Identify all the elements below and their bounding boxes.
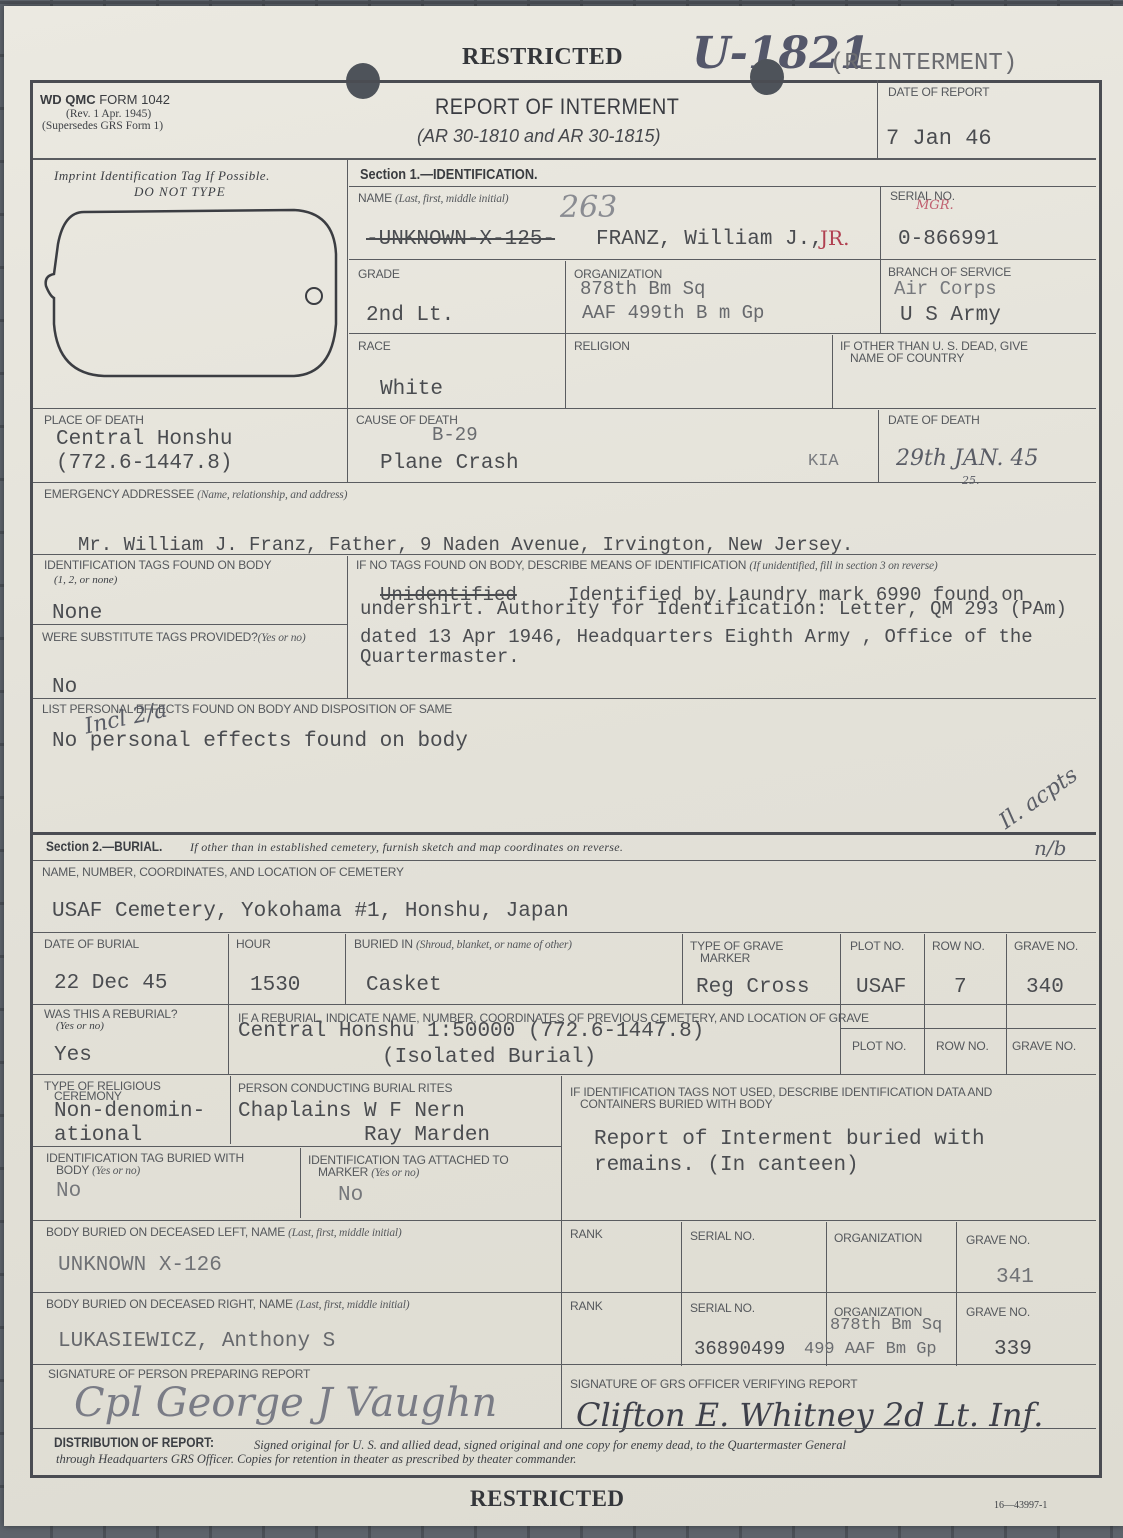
divider: [33, 554, 1096, 555]
section2-heading: Section 2.—BURIAL.: [46, 838, 162, 854]
distribution-text-1: Signed original for U. S. and allied dea…: [254, 1438, 846, 1453]
branch-label: BRANCH OF SERVICE: [888, 266, 1011, 278]
divider: [349, 186, 1096, 187]
date-of-death-handwritten: 29th JAN. 45: [896, 446, 1039, 471]
right-grave-label: GRAVE No.: [966, 1306, 1030, 1318]
hour-value: 1530: [250, 974, 300, 997]
tags-found-value: None: [52, 602, 102, 625]
substitute-tags-label: WERE SUBSTITUTE TAGS PROVIDED?(Yes or no…: [42, 631, 305, 644]
divider: [880, 186, 881, 334]
substitute-tags-value: No: [52, 676, 77, 699]
reinterment-note: (REINTERMENT): [830, 50, 1017, 77]
divider: [33, 1004, 1096, 1005]
left-org-label: ORGANIZATION: [834, 1232, 922, 1244]
dog-tag-outline-icon: [44, 204, 344, 384]
form-title: REPORT OF INTERMENT: [435, 94, 679, 120]
means-line4: Quartermaster.: [360, 646, 520, 668]
left-rank-label: RANK: [570, 1228, 603, 1240]
cause-of-death-line2: Plane Crash: [380, 452, 519, 475]
form-id: WD QMC FORM 1042: [40, 92, 170, 107]
cemetery-value: USAF Cemetery, Yokohama #1, Honshu, Japa…: [52, 900, 569, 923]
divider: [840, 1028, 1096, 1029]
divider: [349, 259, 1096, 260]
burial-date-label: DATE OF BURIAL: [44, 938, 139, 950]
grade-label: GRADE: [358, 268, 400, 280]
plot-label: PLOT No.: [850, 940, 904, 952]
form-id-bold: WD QMC: [40, 92, 96, 107]
place-of-death-line1: Central Honshu: [56, 428, 232, 451]
burial-date-value: 22 Dec 45: [54, 972, 167, 995]
divider: [300, 1148, 301, 1218]
divider: [33, 408, 1096, 409]
margin-handwritten-note-2: n/b: [1034, 836, 1066, 860]
divider: [33, 1220, 1096, 1221]
divider: [345, 934, 346, 1004]
left-serial-label: SERIAL No.: [690, 1230, 755, 1242]
right-org-line1: 878th Bm Sq: [830, 1316, 942, 1335]
previous-cemetery-line2: (Isolated Burial): [382, 1046, 596, 1069]
form-subtitle: (AR 30-1810 and AR 30-1815): [417, 126, 660, 147]
preparer-signature: Cpl George J Vaughn: [74, 1380, 497, 1426]
form-revision: (Rev. 1 Apr. 1945): [66, 108, 151, 120]
handwritten-name-note: 263: [560, 190, 617, 225]
section-divider: [33, 832, 1096, 835]
cemetery-label: NAME, NUMBER, COORDINATES, AND LOCATION …: [42, 866, 404, 878]
divider: [832, 335, 833, 409]
previous-row-label: ROW No.: [936, 1040, 989, 1052]
preparer-signature-label: SIGNATURE OF PERSON PREPARING REPORT: [48, 1368, 310, 1380]
tags-not-used-line1: Report of Interment buried with: [594, 1128, 985, 1151]
marker-label-2: MARKER: [700, 952, 750, 964]
divider: [33, 1074, 1096, 1075]
right-grave-value: 339: [994, 1338, 1032, 1361]
tag-buried-value: No: [56, 1180, 81, 1203]
handwritten-serial-note: MGR.: [916, 198, 954, 213]
tags-not-used-label-2: CONTAINERS BURIED WITH BODY: [580, 1098, 772, 1110]
rites-line2: Ray Marden: [364, 1124, 490, 1147]
section1-heading: Section 1.—IDENTIFICATION.: [360, 166, 538, 183]
emergency-addressee-label: EMERGENCY ADDRESSEE (Name, relationship,…: [44, 488, 347, 501]
divider: [561, 1366, 562, 1428]
tags-found-hint: (1, 2, or none): [54, 574, 117, 586]
grave-label: GRAVE No.: [1014, 940, 1078, 952]
branch-line2: U S Army: [900, 304, 1001, 327]
cause-kia: KIA: [808, 452, 839, 471]
do-not-type-instruction: DO NOT TYPE: [134, 184, 226, 200]
reburial-value: Yes: [54, 1044, 92, 1067]
divider: [33, 482, 1096, 483]
row-value: 7: [954, 976, 967, 999]
serial-value: 0-866991: [898, 228, 999, 251]
buried-in-value: Casket: [366, 974, 442, 997]
divider: [347, 160, 348, 410]
interment-report-document: RESTRICTED U-1821 (REINTERMENT) WD QMC F…: [4, 6, 1123, 1526]
tags-found-label: IDENTIFICATION TAGS FOUND ON BODY: [44, 559, 271, 571]
tag-marker-label-2: MARKER (Yes or no): [318, 1166, 419, 1179]
rites-label: PERSON CONDUCTING BURIAL RITES: [238, 1082, 452, 1094]
grave-value: 340: [1026, 976, 1064, 999]
form-number: FORM 1042: [99, 92, 170, 107]
name-value: FRANZ, William J.,: [596, 228, 823, 251]
divider: [956, 1222, 957, 1366]
divider: [33, 860, 1096, 861]
tags-not-used-line2: remains. (In canteen): [594, 1154, 859, 1177]
right-serial-label: SERIAL No.: [690, 1302, 755, 1314]
grade-value: 2nd Lt.: [366, 304, 454, 327]
divider: [33, 932, 1096, 933]
divider: [681, 1222, 682, 1366]
officer-signature-label: SIGNATURE OF GRS OFFICER VERIFYING REPOR…: [570, 1378, 857, 1390]
divider: [682, 934, 683, 1004]
right-rank-label: RANK: [570, 1300, 603, 1312]
section2-instruction: If other than in established cemetery, f…: [190, 840, 623, 855]
plot-value: USAF: [856, 976, 906, 999]
distribution-label: DISTRIBUTION OF REPORT:: [54, 1434, 214, 1450]
form-supersedes: (Supersedes GRS Form 1): [42, 120, 163, 132]
means-of-identification-label: IF NO TAGS FOUND ON BODY, DESCRIBE MEANS…: [356, 559, 938, 572]
previous-plot-label: PLOT No.: [852, 1040, 906, 1052]
divider: [33, 624, 347, 625]
restricted-stamp-bottom: RESTRICTED: [470, 1486, 625, 1512]
right-org-line2: 499 AAF Bm Gp: [804, 1340, 937, 1359]
race-label: RACE: [358, 340, 391, 352]
divider: [347, 410, 348, 482]
place-of-death-line2: (772.6-1447.8): [56, 452, 232, 475]
reburial-label: WAS THIS A REBURIAL?: [44, 1008, 177, 1020]
divider: [33, 1364, 1096, 1365]
country-label-2: NAME OF COUNTRY: [850, 352, 964, 364]
tag-buried-label-2: BODY (Yes or no): [56, 1164, 140, 1177]
divider: [33, 698, 1096, 699]
ceremony-line1: Non-denomin-: [54, 1100, 205, 1123]
ceremony-line2: ational: [54, 1124, 142, 1147]
means-line3: dated 13 Apr 1946, Headquarters Eighth A…: [360, 626, 1033, 648]
imprint-tag-instruction: Imprint Identification Tag If Possible.: [54, 168, 270, 184]
divider: [33, 1292, 1096, 1293]
means-line2: undershirt. Authority for Identification…: [360, 598, 1067, 620]
organization-line2: AAF 499th B m Gp: [582, 302, 764, 324]
right-serial-value: 36890499: [694, 1338, 785, 1360]
divider: [565, 261, 566, 409]
date-of-death-correction: 25.: [962, 474, 980, 487]
divider: [347, 556, 348, 698]
divider: [33, 1146, 561, 1147]
left-grave-value: 341: [996, 1266, 1034, 1289]
cause-of-death-line1: B-29: [432, 424, 478, 446]
left-body-label: BODY BURIED ON DECEASED LEFT, NAME (Last…: [46, 1226, 402, 1239]
religion-label: RELIGION: [574, 340, 630, 352]
right-body-label: BODY BURIED ON DECEASED RIGHT, NAME (Las…: [46, 1298, 409, 1311]
right-body-name: LUKASIEWICZ, Anthony S: [58, 1330, 335, 1353]
divider: [349, 333, 1096, 334]
name-label: NAME (Last, first, middle initial): [358, 192, 508, 205]
personal-effects-value: No personal effects found on body: [52, 730, 468, 753]
distribution-text-2: through Headquarters GRS Officer. Copies…: [56, 1452, 576, 1467]
previous-cemetery-line1: Central Honshu 1:50000 (772.6-1447.8): [238, 1020, 704, 1043]
divider: [33, 158, 1096, 160]
emergency-addressee-value: Mr. William J. Franz, Father, 9 Naden Av…: [78, 534, 853, 556]
reburial-hint: (Yes or no): [56, 1020, 104, 1032]
divider: [561, 1076, 562, 1366]
place-of-death-label: PLACE OF DEATH: [44, 414, 144, 426]
buried-in-label: BURIED IN (Shroud, blanket, or name of o…: [354, 938, 572, 951]
date-of-report-value: 7 Jan 46: [886, 126, 992, 151]
divider: [33, 1428, 1096, 1429]
left-body-name: UNKNOWN X-126: [58, 1254, 222, 1277]
date-of-report-label: DATE OF REPORT: [888, 86, 989, 98]
left-grave-label: GRAVE No.: [966, 1234, 1030, 1246]
organization-line1: 878th Bm Sq: [580, 278, 705, 300]
name-struck-value: -UNKNOWN-X-125-: [366, 228, 555, 251]
previous-grave-label: GRAVE No.: [1012, 1040, 1076, 1052]
divider: [877, 80, 878, 160]
restricted-stamp-top: RESTRICTED: [462, 44, 623, 71]
print-code: 16—43997-1: [994, 1500, 1047, 1511]
marker-value: Reg Cross: [696, 976, 809, 999]
tag-marker-value: No: [338, 1184, 363, 1207]
handwritten-jr-suffix: JR.: [820, 226, 849, 250]
divider: [878, 410, 879, 482]
branch-line1: Air Corps: [894, 278, 997, 300]
rites-line1: Chaplains W F Nern: [238, 1100, 465, 1123]
race-value: White: [380, 378, 443, 401]
divider: [230, 1076, 231, 1144]
hour-label: HOUR: [236, 938, 271, 950]
date-of-death-label: DATE OF DEATH: [888, 414, 980, 426]
row-label: ROW No.: [932, 940, 985, 952]
